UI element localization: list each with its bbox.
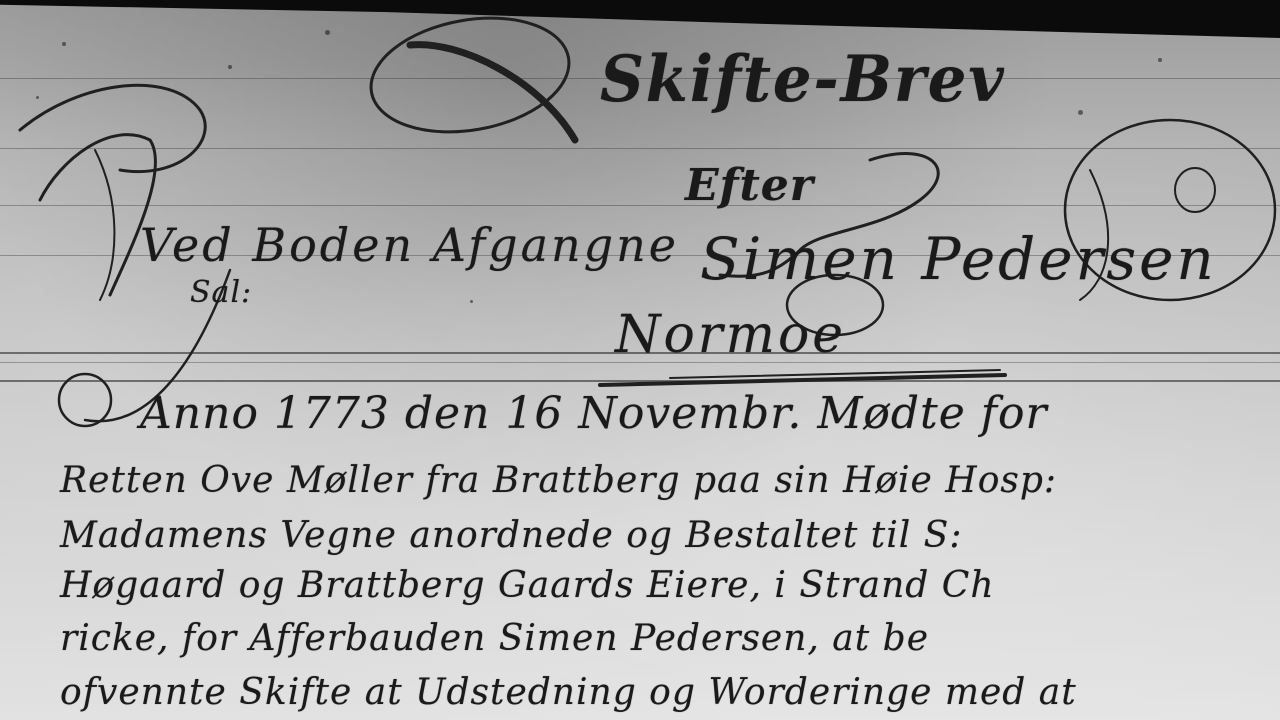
ruled-line: [0, 205, 1280, 206]
body-line-date: Anno 1773 den 16 Novembr. Mødte for: [140, 388, 1048, 439]
ruled-line: [0, 380, 1280, 382]
document-heading: Skifte-Brev: [600, 42, 1006, 117]
manuscript-page: Skifte-Brev Efter Ved Boden Afgangne Sal…: [0, 0, 1280, 720]
paper-speck: [325, 30, 330, 35]
paper-speck: [228, 65, 232, 69]
deceased-name: Simen Pedersen: [700, 225, 1217, 293]
body-line: Madamens Vegne anordnede og Bestaltet ti…: [60, 515, 962, 556]
ruled-line: [0, 148, 1280, 149]
body-line: ofvennte Skifte at Udstedning og Worderi…: [60, 672, 1077, 713]
place-name: Normoe: [615, 305, 846, 365]
document-subheading: Efter: [685, 160, 814, 211]
paper-speck: [470, 300, 473, 303]
scan-top-edge: [0, 0, 1280, 40]
body-line: Høgaard og Brattberg Gaards Eiere, i Str…: [60, 565, 995, 606]
paper-speck: [36, 96, 39, 99]
deceased-line-left-under: Sal:: [190, 275, 252, 310]
deceased-line-left: Ved Boden Afgangne: [140, 218, 679, 272]
body-line: ricke, for Afferbauden Simen Pedersen, a…: [60, 618, 929, 659]
paper-speck: [62, 42, 66, 46]
body-line: Retten Ove Møller fra Brattberg paa sin …: [60, 460, 1057, 501]
paper-speck: [1158, 58, 1162, 62]
paper-speck: [1078, 110, 1083, 115]
